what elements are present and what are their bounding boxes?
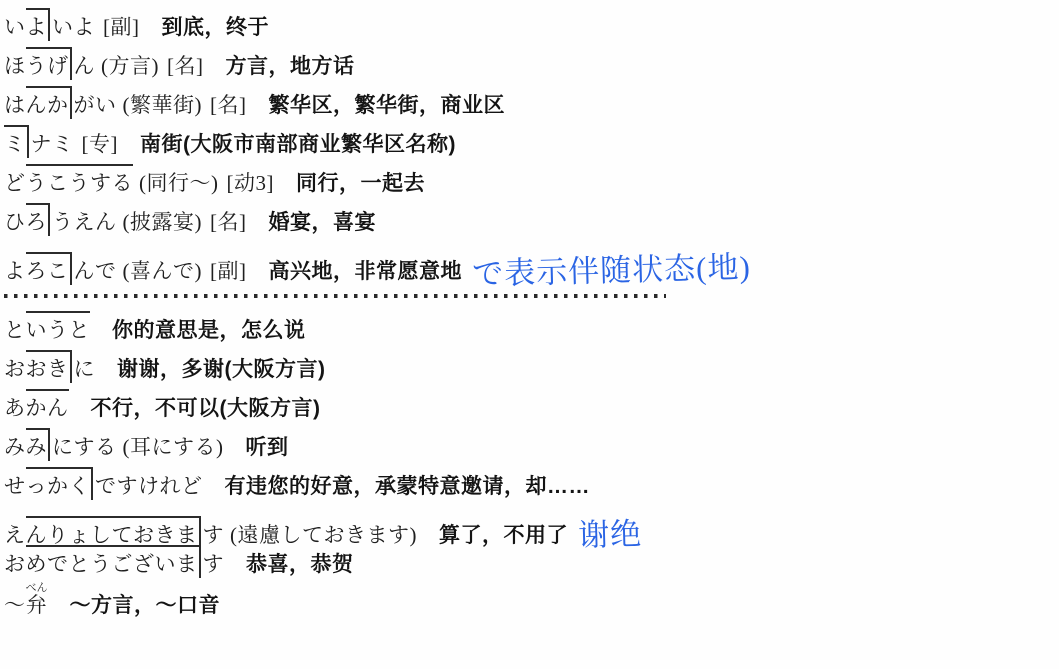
vocab-entry: せっかくですけれど有违您的好意，承蒙特意邀请，却…… (4, 467, 1059, 506)
kana-segment: にする (52, 431, 117, 461)
pitch-accent-segment: めでとうございま (26, 545, 201, 578)
part-of-speech-tag: [副] (103, 11, 140, 41)
kana-segment: うえん (52, 206, 117, 236)
vocab-list: いよいよ[副]到底，终于ほうげん(方言)[名]方言，地方话はんかがい(繁華街)[… (4, 8, 1059, 623)
pitch-accent-segment: うこうする (26, 164, 134, 197)
kana-segment: に (74, 353, 96, 383)
pitch-accent-segment: かん (26, 389, 69, 422)
japanese-word: ひろうえん (4, 203, 117, 236)
handwritten-note: で表示伴随状态(地) (472, 241, 752, 293)
vocab-entry: というと你的意思是，怎么说 (4, 311, 1059, 350)
vocab-entry: ひろうえん(披露宴)[名]婚宴，喜宴 (4, 203, 1059, 242)
kana-segment: ほ (4, 50, 26, 80)
japanese-word: はんかがい (4, 86, 117, 119)
handwritten-note: 谢绝 (578, 508, 643, 555)
kana-segment: ですけれど (95, 470, 203, 500)
kana-segment: がい (74, 89, 117, 119)
pitch-accent-segment: いうと (26, 311, 91, 344)
chinese-meaning: 高兴地，非常愿意地 (269, 255, 463, 285)
vocab-entry: はんかがい(繁華街)[名]繁华区，繁华街，商业区 (4, 86, 1059, 125)
chinese-meaning: 你的意思是，怎么说 (112, 314, 306, 344)
part-of-speech-tag: [名] (167, 50, 204, 80)
kana-segment: と (4, 314, 26, 344)
japanese-word: というと (4, 311, 90, 344)
ruby-base-with-furigana: 弁べん (26, 593, 48, 617)
chinese-meaning: 到底，终于 (162, 11, 270, 41)
japanese-word: あかん (4, 389, 69, 422)
vocab-entry: どうこうする(同行～)[动3]同行，一起去 (4, 164, 1059, 203)
chinese-meaning: 同行，一起去 (296, 167, 425, 197)
vocab-entry: ～弁べん～方言，～口音 (4, 584, 1059, 623)
pitch-accent-segment: ミ (4, 125, 29, 158)
vocab-entry: おめでとうございます恭喜，恭贺 (4, 545, 1059, 584)
kanji-notation: (方言) (101, 50, 159, 80)
pitch-accent-segment: ろこ (26, 252, 72, 285)
japanese-word: ミナミ (4, 125, 74, 158)
chinese-meaning: 有违您的好意，承蒙特意邀请，却…… (225, 470, 591, 500)
chinese-meaning: 繁华区，繁华街，商业区 (269, 89, 506, 119)
vocab-entry: よろこんで(喜んで)[副]高兴地，非常愿意地で表示伴随状态(地) (4, 242, 1059, 281)
chinese-meaning: 方言，地方话 (226, 50, 355, 80)
vocab-entry: あかん不行，不可以(大阪方言) (4, 389, 1059, 428)
kana-segment: ひ (4, 206, 26, 236)
kanji-notation: (喜んで) (123, 255, 203, 285)
japanese-word: おおきに (4, 350, 95, 383)
kana-segment: お (4, 548, 26, 578)
kana-segment: ナミ (31, 128, 74, 158)
pitch-accent-segment: んか (26, 86, 72, 119)
pitch-accent-segment: み (26, 428, 51, 461)
kanji-notation: (披露宴) (123, 206, 203, 236)
kanji-notation: (耳にする) (123, 431, 224, 461)
kana-segment: ど (4, 167, 26, 197)
chinese-meaning: 不行，不可以(大阪方言) (91, 392, 321, 422)
kana-segment: んで (74, 255, 117, 285)
kana-segment: い (4, 11, 26, 41)
japanese-word: よろこんで (4, 252, 117, 285)
kana-segment: ん (74, 50, 96, 80)
pitch-accent-segment: うげ (26, 47, 72, 80)
part-of-speech-tag: [专] (82, 128, 119, 158)
japanese-word: みみにする (4, 428, 117, 461)
kana-segment: あ (4, 392, 26, 422)
chinese-meaning: 恭喜，恭贺 (246, 548, 354, 578)
chinese-meaning: 算了，不用了 (439, 519, 568, 549)
kana-segment: ～ (4, 589, 26, 619)
kana-segment: は (4, 89, 26, 119)
chinese-meaning: 谢谢，多谢(大阪方言) (117, 353, 326, 383)
kana-segment: よ (4, 255, 26, 285)
japanese-word: せっかくですけれど (4, 467, 203, 500)
pitch-accent-segment: っかく (26, 467, 94, 500)
japanese-word: おめでとうございます (4, 545, 224, 578)
kana-segment: み (4, 431, 26, 461)
japanese-word: ほうげん (4, 47, 95, 80)
chinese-meaning: 婚宴，喜宴 (269, 206, 377, 236)
dotted-line (4, 294, 666, 298)
kanji-notation: (遠慮しておきます) (230, 519, 417, 549)
vocab-entry: えんりょしておきます(遠慮しておきます)算了，不用了谢绝 (4, 506, 1059, 545)
kanji-notation: (繁華街) (123, 89, 203, 119)
part-of-speech-tag: [名] (210, 206, 247, 236)
chinese-meaning: 听到 (246, 431, 289, 461)
chinese-meaning: 南街(大阪市南部商业繁华区名称) (140, 128, 456, 158)
vocab-entry: いよいよ[副]到底，终于 (4, 8, 1059, 47)
part-of-speech-tag: [副] (210, 255, 247, 285)
scanned-textbook-page: いよいよ[副]到底，终于ほうげん(方言)[名]方言，地方话はんかがい(繁華街)[… (0, 0, 1059, 669)
part-of-speech-tag: [名] (210, 89, 247, 119)
furigana: べん (26, 582, 48, 594)
pitch-accent-segment: おき (26, 350, 72, 383)
japanese-word: いよいよ (4, 8, 95, 41)
vocab-entry: ミナミ[专]南街(大阪市南部商业繁华区名称) (4, 125, 1059, 164)
vocab-entry: ほうげん(方言)[名]方言，地方话 (4, 47, 1059, 86)
kana-segment: お (4, 353, 26, 383)
part-of-speech-tag: [动3] (227, 167, 275, 197)
japanese-word: どうこうする (4, 164, 133, 197)
pitch-accent-segment: ろ (26, 203, 51, 236)
kana-segment: す (203, 548, 225, 578)
chinese-meaning: ～方言，～口音 (70, 589, 221, 619)
kana-segment: いよ (52, 11, 95, 41)
pitch-accent-segment: よ (26, 8, 51, 41)
vocab-entry: みみにする(耳にする)听到 (4, 428, 1059, 467)
kana-segment: せ (4, 470, 26, 500)
kanji-notation: (同行～) (139, 167, 219, 197)
vocab-entry: おおきに谢谢，多谢(大阪方言) (4, 350, 1059, 389)
japanese-word: ～弁べん (4, 582, 48, 619)
